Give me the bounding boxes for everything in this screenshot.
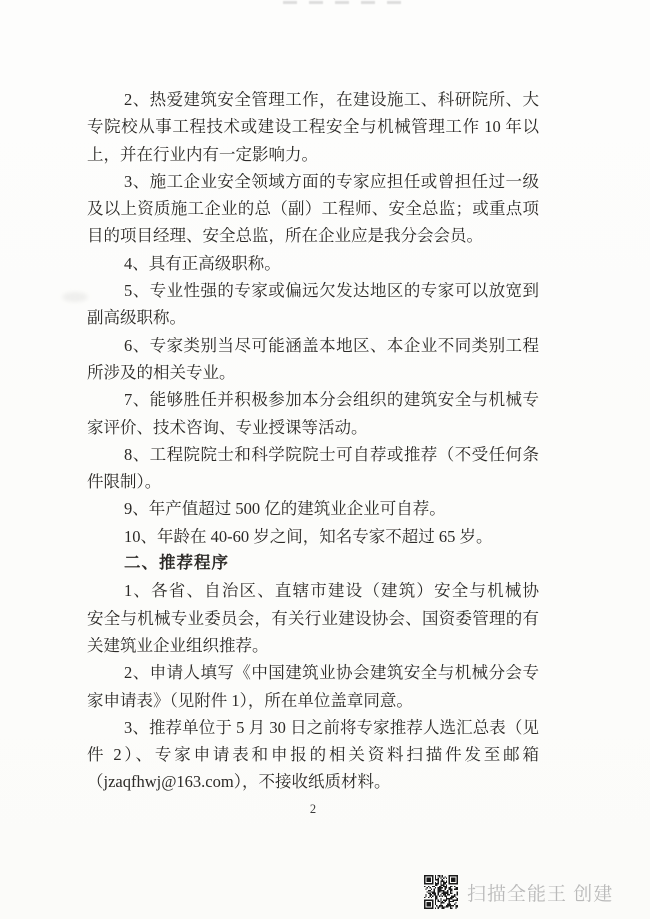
text-line: 10、年龄在 40-60 岁之间，知名专家不超过 65 岁。 — [87, 523, 539, 550]
text-line: 3、推荐单位于 5 月 30 日之前将专家推荐人选汇总表（见附 — [87, 714, 539, 741]
page: 2、热爱建筑安全管理工作，在建设施工、科研院所、大 专院校从事工程技术或建设工程… — [0, 0, 650, 919]
text-line: 9、年产值超过 500 亿的建筑业企业可自荐。 — [87, 495, 539, 522]
page-number: 2 — [87, 802, 539, 817]
text-line: 3、施工企业安全领域方面的专家应担任或曾担任过一级 — [87, 168, 539, 195]
text-line: 上，并在行业内有一定影响力。 — [87, 141, 539, 168]
watermark-text: 扫描全能王 创建 — [467, 879, 613, 906]
text-line: 4、具有正高级职称。 — [87, 250, 539, 277]
text-line: 家申请表》（见附件 1），所在单位盖章同意。 — [87, 687, 539, 714]
text-line: 安全与机械专业委员会，有关行业建设协会、国资委管理的有 — [87, 605, 539, 632]
text-line: 2、申请人填写《中国建筑业协会建筑安全与机械分会专 — [87, 659, 539, 686]
text-line: 7、能够胜任并积极参加本分会组织的建筑安全与机械专 — [87, 386, 539, 413]
text-line: 及以上资质施工企业的总（副）工程师、安全总监；或重点项 — [87, 195, 539, 222]
text-line: 副高级职称。 — [87, 304, 539, 331]
text-line: （jzaqfhwj@163.com），不接收纸质材料。 — [87, 768, 539, 795]
text-line: 件限制）。 — [87, 468, 539, 495]
camscanner-watermark: 扫描全能王 创建 — [424, 873, 613, 911]
text-line: 件 2）、专家申请表和申报的相关资料扫描件发至邮箱 — [87, 741, 539, 768]
text-line: 2、热爱建筑安全管理工作，在建设施工、科研院所、大 — [87, 86, 539, 113]
text-line: 8、工程院院士和科学院院士可自荐或推荐（不受任何条 — [87, 441, 539, 468]
text-line: 目的项目经理、安全总监，所在企业应是我分会会员。 — [87, 222, 539, 249]
text-line: 关建筑业企业组织推荐。 — [87, 632, 539, 659]
text-line: 6、专家类别当尽可能涵盖本地区、本企业不同类别工程 — [87, 332, 539, 359]
scan-smudge — [62, 292, 88, 302]
document-body: 2、热爱建筑安全管理工作，在建设施工、科研院所、大 专院校从事工程技术或建设工程… — [87, 86, 539, 796]
text-line: 5、专业性强的专家或偏远欠发达地区的专家可以放宽到 — [87, 277, 539, 304]
text-line: 1、各省、自治区、直辖市建设（建筑）安全与机械协会、 — [87, 577, 539, 604]
text-line: 专院校从事工程技术或建设工程安全与机械管理工作 10 年以 — [87, 113, 539, 140]
text-line: 家评价、技术咨询、专业授课等活动。 — [87, 414, 539, 441]
text-line: 二、推荐程序 — [87, 550, 539, 577]
qr-code-icon — [424, 875, 458, 909]
scan-artifact — [283, 1, 408, 4]
text-line: 所涉及的相关专业。 — [87, 359, 539, 386]
